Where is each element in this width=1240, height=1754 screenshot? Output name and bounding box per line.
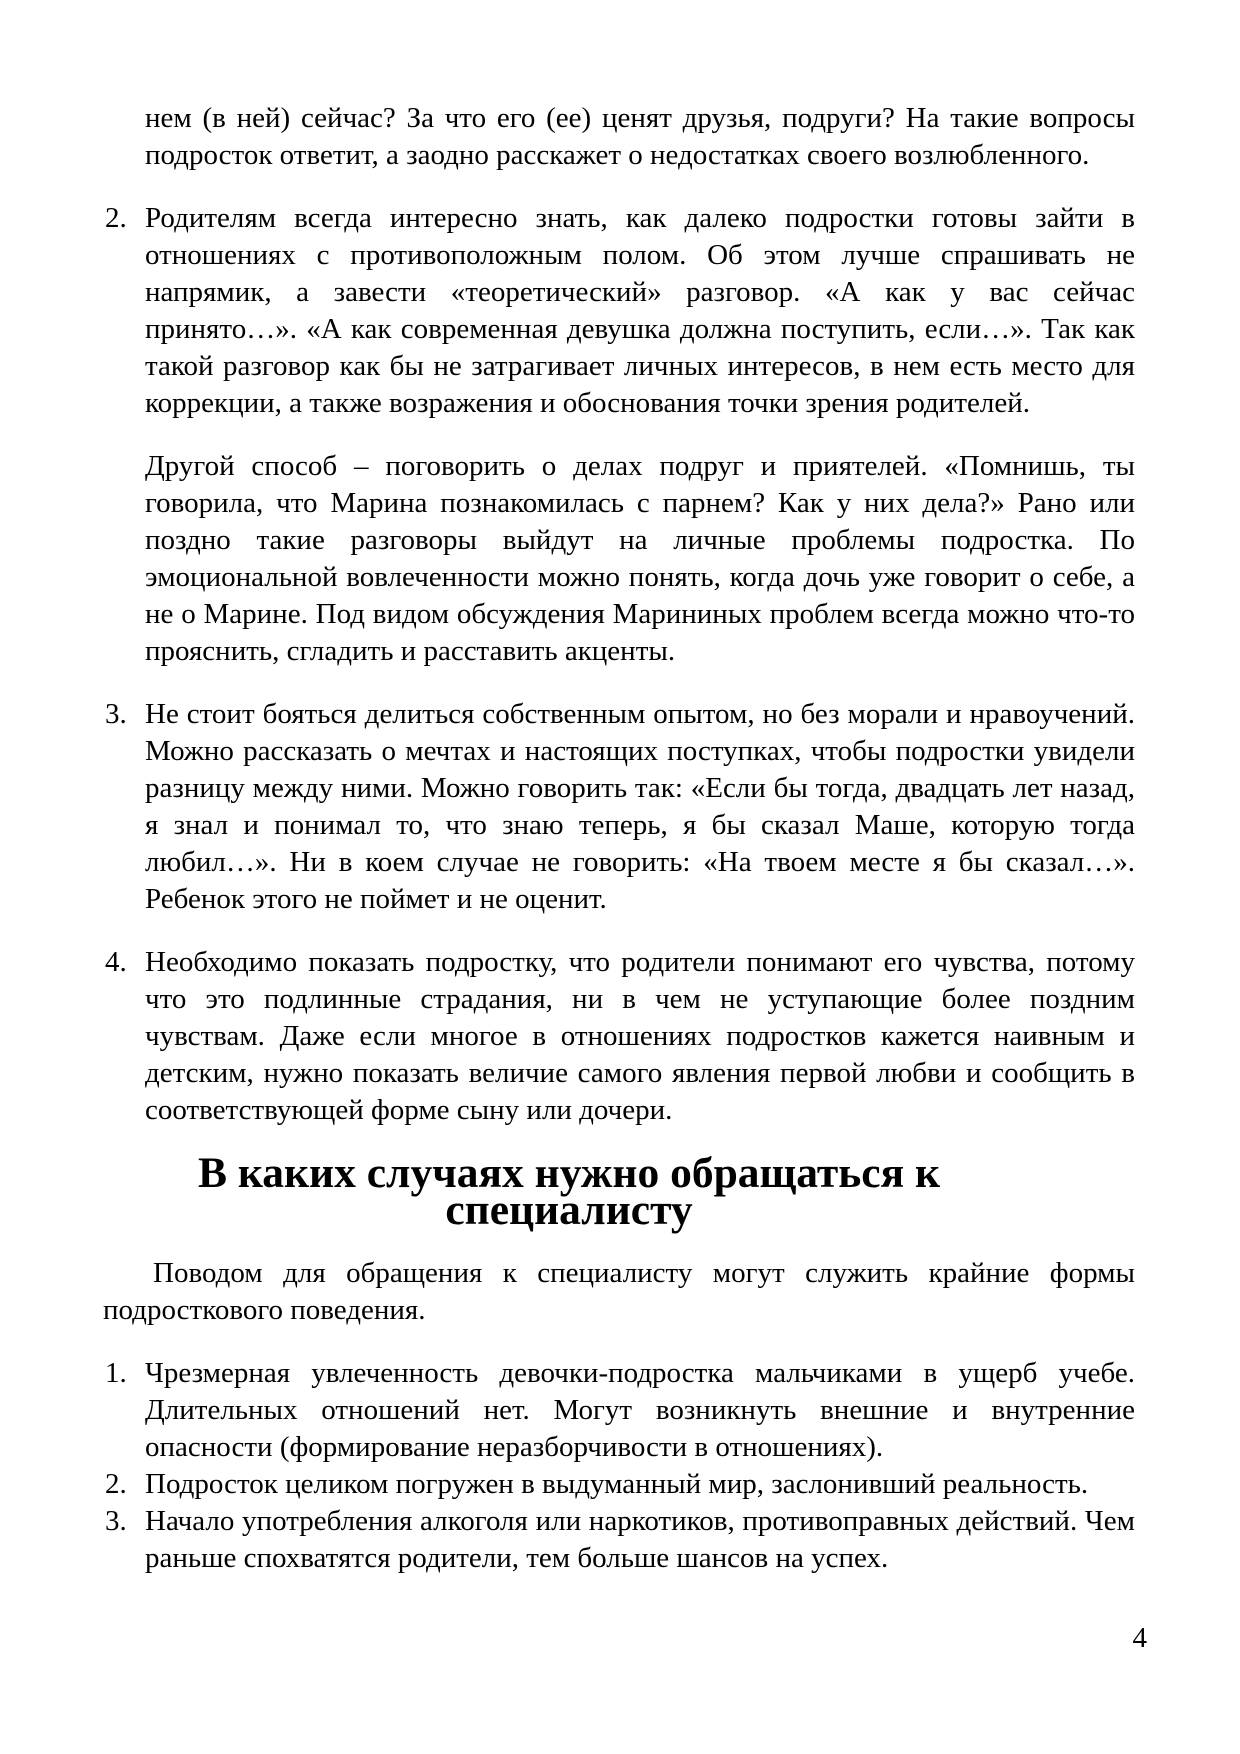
list-item-body: Чрезмерная увлеченность девочки-подростк… [145,1355,1135,1466]
list-item-body: Родителям всегда интересно знать, как да… [145,200,1135,670]
list-item: 4. Необходимо показать подростку, что ро… [103,944,1135,1129]
warning-list: 1. Чрезмерная увлеченность девочки-подро… [103,1355,1135,1577]
list-item: 1. Чрезмерная увлеченность девочки-подро… [103,1355,1135,1466]
list-item-paragraph: Подросток целиком погружен в выдуманный … [145,1466,1135,1503]
list-item-number: 3. [105,696,127,733]
list-item-paragraph: Не стоит бояться делиться собственным оп… [145,696,1135,918]
list-item-body: Необходимо показать подростку, что родит… [145,944,1135,1129]
list-item-paragraph: Начало употребления алкоголя или наркоти… [145,1503,1135,1577]
list-item-paragraph: Другой способ – поговорить о делах подру… [145,448,1135,670]
list-item: 3. Не стоит бояться делиться собственным… [103,696,1135,918]
list-item-body: Подросток целиком погружен в выдуманный … [145,1466,1135,1503]
list-item-paragraph: Чрезмерная увлеченность девочки-подростк… [145,1355,1135,1466]
list-item: 2. Родителям всегда интересно знать, как… [103,200,1135,670]
advice-list: 2. Родителям всегда интересно знать, как… [103,200,1135,1129]
list-item-body: Не стоит бояться делиться собственным оп… [145,696,1135,918]
continuation-paragraph: нем (в ней) сейчас? За что его (ее) ценя… [145,100,1135,174]
page-number: 4 [1133,1620,1148,1657]
list-item-paragraph: Необходимо показать подростку, что родит… [145,944,1135,1129]
list-item-number: 4. [105,944,127,981]
list-item-number: 1. [105,1355,127,1392]
section-intro-paragraph: Поводом для обращения к специалисту могу… [103,1255,1135,1329]
document-page: нем (в ней) сейчас? За что его (ее) ценя… [0,0,1240,1754]
list-item: 3. Начало употребления алкоголя или нарк… [103,1503,1135,1577]
section-heading: В каких случаях нужно обращаться к специ… [103,1155,1035,1229]
list-item-paragraph: Родителям всегда интересно знать, как да… [145,200,1135,422]
list-item-body: Начало употребления алкоголя или наркоти… [145,1503,1135,1577]
list-item: 2. Подросток целиком погружен в выдуманн… [103,1466,1135,1503]
list-item-number: 3. [105,1503,127,1540]
list-item-number: 2. [105,200,127,237]
list-item-number: 2. [105,1466,127,1503]
